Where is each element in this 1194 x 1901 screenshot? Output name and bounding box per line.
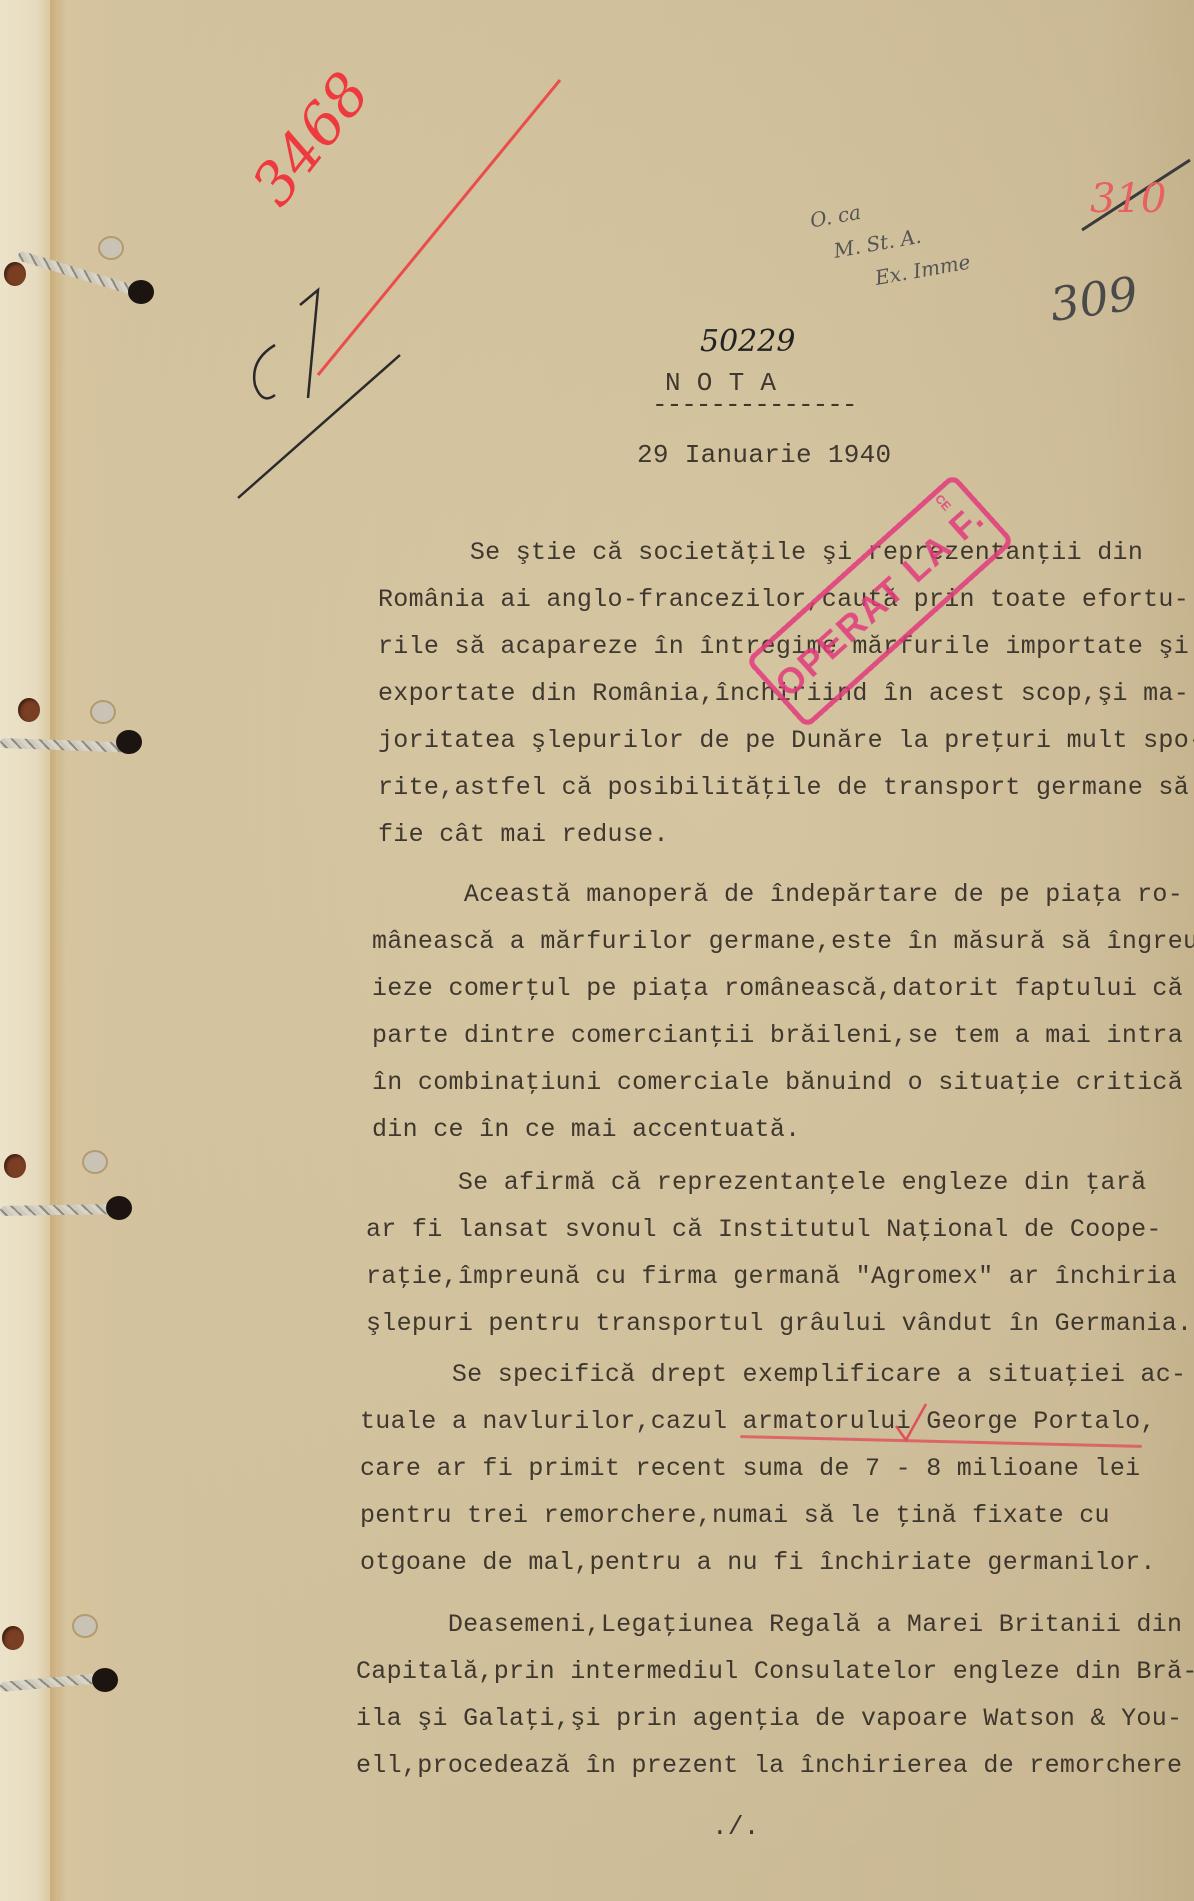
text-line: ell,procedează în prezent la închirierea… <box>356 1751 1182 1780</box>
text-line: tuale a navlurilor,cazul armatorului Geo… <box>360 1407 1156 1436</box>
registry-number: 50229 <box>700 324 795 359</box>
binding-hole <box>18 698 40 722</box>
text-line: Se ştie că societăţile şi reprezentanţii… <box>378 538 1143 567</box>
paragraph-5: Deasemeni,Legaţiunea Regală a Marei Brit… <box>356 1610 417 1784</box>
binding-hole <box>4 1154 26 1178</box>
paragraph-4: Se specifică drept exemplificare a situa… <box>360 1360 421 1563</box>
text-line: din ce în ce mai accentuată. <box>372 1115 800 1144</box>
continuation-mark: ./. <box>712 1812 760 1842</box>
binding-hole <box>72 1614 98 1638</box>
crossed-out-number: 310 <box>1090 176 1166 222</box>
document-date: 29 Ianuarie 1940 <box>637 440 891 470</box>
text-line: ieze comerţul pe piaţa românească,datori… <box>372 974 1183 1003</box>
text-line: Se specifică drept exemplificare a situa… <box>360 1360 1186 1389</box>
text-line: joritatea şlepurilor de pe Dunăre la pre… <box>378 726 1194 755</box>
binding-hole <box>82 1150 108 1174</box>
text-line: Această manoperă de îndepărtare de pe pi… <box>372 880 1183 909</box>
text-line: ila şi Galaţi,şi prin agenţia de vapoare… <box>356 1704 1182 1733</box>
text-line: rite,astfel că posibilităţile de transpo… <box>378 773 1189 802</box>
binding-hole <box>92 1668 118 1692</box>
binding-hole <box>90 700 116 724</box>
text-line: raţie,împreună cu firma germană "Agromex… <box>366 1262 1177 1291</box>
text-line: ar fi lansat svonul că Institutul Naţion… <box>366 1215 1162 1244</box>
text-line: otgoane de mal,pentru a nu fi închiriate… <box>360 1548 1156 1577</box>
text-line: şlepuri pentru transportul grâului vându… <box>366 1309 1192 1338</box>
title-underline: -------------- <box>652 390 856 420</box>
text-line: Deasemeni,Legaţiunea Regală a Marei Brit… <box>356 1610 1182 1639</box>
red-underline <box>740 1435 1142 1448</box>
text-line: parte dintre comercianţii brăileni,se te… <box>372 1021 1183 1050</box>
paragraph-2: Această manoperă de îndepărtare de pe pi… <box>372 880 433 1112</box>
binding-hole <box>2 1626 24 1650</box>
binding-hole <box>106 1196 132 1220</box>
text-line: România ai anglo-francezilor,caută prin … <box>378 585 1189 614</box>
paragraph-1: Se ştie că societăţile şi reprezentanţii… <box>378 538 439 799</box>
binding-hole <box>116 730 142 754</box>
text-line: mânească a mărfurilor germane,este în mă… <box>372 927 1194 956</box>
text-line: fie cât mai reduse. <box>378 820 669 849</box>
text-line: Se afirmă că reprezentanţele engleze din… <box>366 1168 1146 1197</box>
text-line: pentru trei remorchere,numai să le ţină … <box>360 1501 1110 1530</box>
check-mark-icon <box>892 1398 932 1448</box>
paragraph-3: Se afirmă că reprezentanţele engleze din… <box>366 1168 427 1342</box>
text-line: Capitală,prin intermediul Consulatelor e… <box>356 1657 1194 1686</box>
pencil-annotations <box>0 0 1194 600</box>
document-page: 3468 O. ca M. St. A. Ex. Imme 310 309 50… <box>0 0 1194 1901</box>
binding-string <box>0 1204 120 1216</box>
text-line: care ar fi primit recent suma de 7 - 8 m… <box>360 1454 1140 1483</box>
text-line: în combinaţiuni comerciale bănuind o sit… <box>372 1068 1183 1097</box>
